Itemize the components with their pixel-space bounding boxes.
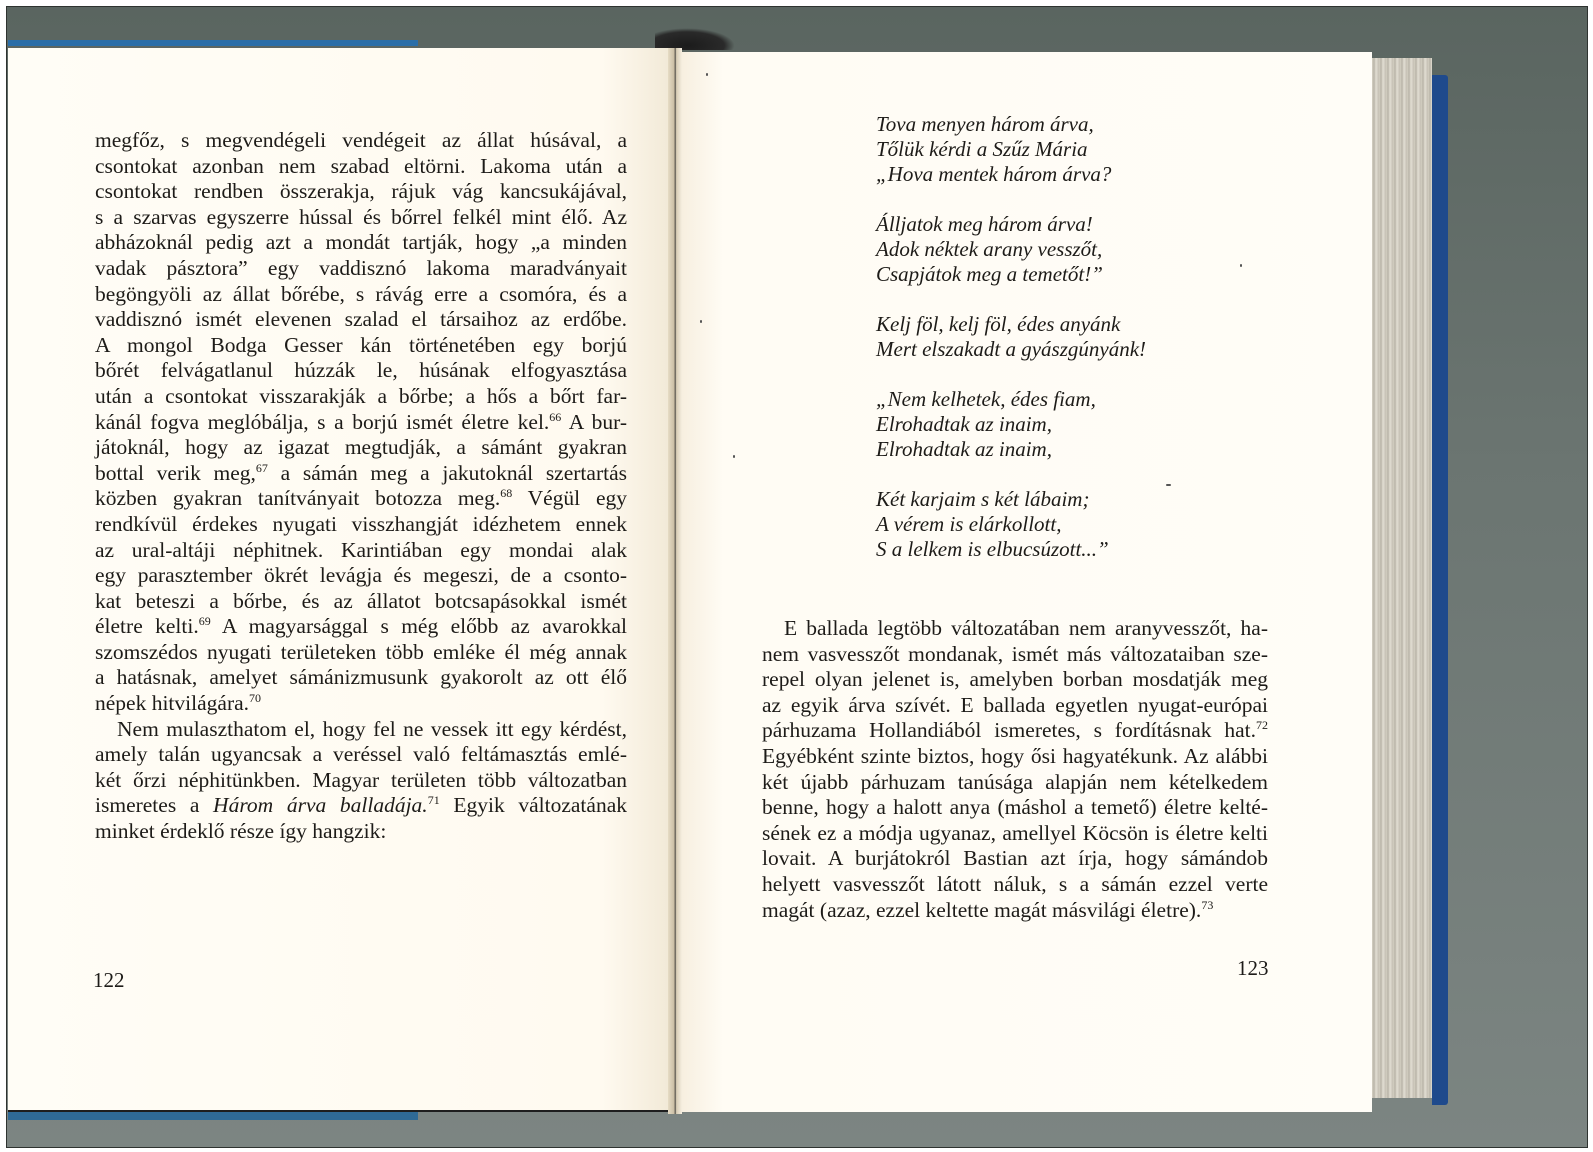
poem-line: Két karjaim s két lábaim; bbox=[876, 487, 1196, 512]
text-line: magát (azaz, ezzel keltette magát másvil… bbox=[762, 898, 1268, 924]
poem-line: „Nem kelhetek, édes fiam, bbox=[876, 387, 1196, 412]
ballad-poem: Tova menyen három árva,Tőlük kérdi a Szű… bbox=[876, 112, 1196, 587]
poem-line: Csapjátok meg a temetőt!” bbox=[876, 262, 1196, 287]
text-line: Egyébként szinte biztos, hogy ősi hagyat… bbox=[762, 744, 1268, 770]
paragraph: megfőz, s megvendégeli vendégeit az álla… bbox=[95, 128, 627, 717]
page-edges-stack bbox=[1372, 58, 1432, 1098]
poem-stanza: Kelj föl, kelj föl, édes anyánkMert elsz… bbox=[876, 312, 1196, 362]
poem-line: Álljatok meg három árva! bbox=[876, 212, 1196, 237]
poem-line: A vérem is elárkollott, bbox=[876, 512, 1196, 537]
left-page-body: megfőz, s megvendégeli vendégeit az álla… bbox=[95, 128, 627, 845]
text-line: Nem mulaszthatom el, hogy fel ne vessek … bbox=[95, 717, 627, 743]
poem-line: Adok néktek arany vesszőt, bbox=[876, 237, 1196, 262]
poem-line: Elrohadtak az inaim, bbox=[876, 412, 1196, 437]
text-line: vadak pásztora” egy vaddisznó lakoma mar… bbox=[95, 256, 627, 282]
text-line: bőrét felvágatlanul húzzák le, húsának e… bbox=[95, 358, 627, 384]
text-line: két őrzi néphitünkben. Magyar területen … bbox=[95, 768, 627, 794]
book-cover-edge-right bbox=[1432, 75, 1448, 1105]
text-line: szomszédos nyugati területeken több emlé… bbox=[95, 640, 627, 666]
text-line: nem vasvesszőt mondanak, ismét más válto… bbox=[762, 642, 1268, 668]
right-page-body: E ballada legtöbb változatában nem arany… bbox=[762, 616, 1268, 923]
text-line: benne, hogy a halott anya (máshol a teme… bbox=[762, 795, 1268, 821]
text-line: két újabb párhuzam tanúsága alapján nem … bbox=[762, 770, 1268, 796]
footnote-ref: 72 bbox=[1256, 718, 1268, 732]
text-line: lovait. A burjátokról Bastian azt írja, … bbox=[762, 846, 1268, 872]
book-cover-edge-bottom bbox=[8, 1112, 418, 1120]
scan-speck bbox=[700, 320, 702, 323]
text-line: helyett vasvesszőt látott náluk, s a sám… bbox=[762, 872, 1268, 898]
paragraph: E ballada legtöbb változatában nem arany… bbox=[762, 616, 1268, 923]
text-line: az ural-altáji néphitnek. Karintiában eg… bbox=[95, 538, 627, 564]
poem-stanza: Tova menyen három árva,Tőlük kérdi a Szű… bbox=[876, 112, 1196, 187]
scan-speck bbox=[733, 455, 735, 458]
paragraph: Nem mulaszthatom el, hogy fel ne vessek … bbox=[95, 717, 627, 845]
scan-speck bbox=[1166, 484, 1171, 486]
footnote-ref: 66 bbox=[549, 410, 561, 424]
scan-speck bbox=[1240, 264, 1242, 267]
text-line: begöngyöli az állat bőrébe, s rávág erre… bbox=[95, 282, 627, 308]
text-line: népek hitvilágára.70 bbox=[95, 691, 627, 717]
text-line: E ballada legtöbb változatában nem arany… bbox=[762, 616, 1268, 642]
poem-line: Tőlük kérdi a Szűz Mária bbox=[876, 137, 1196, 162]
text-line: az egyik árva szívét. E ballada egyetlen… bbox=[762, 693, 1268, 719]
text-line: A mongol Bodga Gesser kán történetében e… bbox=[95, 333, 627, 359]
text-line: s a szarvas egyszerre hússal és bőrrel f… bbox=[95, 205, 627, 231]
italic-title: Három árva balladája. bbox=[213, 793, 428, 817]
scan-speck bbox=[706, 73, 708, 76]
text-line: csontokat azonban nem szabad eltörni. La… bbox=[95, 154, 627, 180]
text-line: egy parasztember ökrét levágja és megesz… bbox=[95, 563, 627, 589]
poem-stanza: Álljatok meg három árva!Adok néktek aran… bbox=[876, 212, 1196, 287]
text-line: minket érdeklő része így hangzik: bbox=[95, 819, 627, 845]
bookmark-ribbon bbox=[655, 28, 735, 50]
text-line: életre kelti.69 A magyarsággal s még elő… bbox=[95, 614, 627, 640]
footnote-ref: 70 bbox=[249, 691, 261, 705]
poem-stanza: Két karjaim s két lábaim;A vérem is elár… bbox=[876, 487, 1196, 562]
book-cover-edge-top bbox=[8, 40, 418, 46]
poem-line: Mert elszakadt a gyászgúnyánk! bbox=[876, 337, 1196, 362]
poem-line: S a lelkem is elbucsúzott...” bbox=[876, 537, 1196, 562]
text-line: repel olyan jelenet is, amelyben borban … bbox=[762, 667, 1268, 693]
poem-line: Elrohadtak az inaim, bbox=[876, 437, 1196, 462]
poem-line: Kelj föl, kelj föl, édes anyánk bbox=[876, 312, 1196, 337]
text-line: kánál fogva meglóbálja, s a borjú ismét … bbox=[95, 410, 627, 436]
text-line: játoknál, hogy az igazat megtudják, a sá… bbox=[95, 435, 627, 461]
book-gutter bbox=[668, 48, 682, 1114]
poem-stanza: „Nem kelhetek, édes fiam,Elrohadtak az i… bbox=[876, 387, 1196, 462]
text-line: csontokat rendben összerakja, rájuk vág … bbox=[95, 179, 627, 205]
text-line: amely talán ugyancsak a veréssel való fe… bbox=[95, 742, 627, 768]
text-line: párhuzama Hollandiából ismeretes, s ford… bbox=[762, 718, 1268, 744]
text-line: vaddisznó ismét elevenen szalad el társa… bbox=[95, 307, 627, 333]
footnote-ref: 69 bbox=[199, 614, 211, 628]
text-line: sének ez a módja ugyanaz, amellyel Köcsö… bbox=[762, 821, 1268, 847]
footnote-ref: 73 bbox=[1201, 898, 1213, 912]
page-number-left: 122 bbox=[93, 968, 125, 993]
text-line: megfőz, s megvendégeli vendégeit az álla… bbox=[95, 128, 627, 154]
footnote-ref: 71 bbox=[428, 793, 440, 807]
text-line: rendkívül érdekes nyugati visszhangját i… bbox=[95, 512, 627, 538]
poem-line: „Hova mentek három árva? bbox=[876, 162, 1196, 187]
text-line: abházoknál pedig azt a mondát tartják, h… bbox=[95, 230, 627, 256]
text-line: kat beteszi a bőrbe, és az állatot botcs… bbox=[95, 589, 627, 615]
text-line: ismeretes a Három árva balladája.71 Egyi… bbox=[95, 793, 627, 819]
poem-line: Tova menyen három árva, bbox=[876, 112, 1196, 137]
text-line: bottal verik meg,67 a sámán meg a jakuto… bbox=[95, 461, 627, 487]
footnote-ref: 67 bbox=[256, 461, 268, 475]
page-number-right: 123 bbox=[1237, 956, 1269, 981]
footnote-ref: 68 bbox=[500, 486, 512, 500]
text-line: után a csontokat visszarakják a bőrbe; a… bbox=[95, 384, 627, 410]
text-line: közben gyakran tanítványait botozza meg.… bbox=[95, 486, 627, 512]
text-line: a hatásnak, amelyet sámánizmusunk gyakor… bbox=[95, 665, 627, 691]
